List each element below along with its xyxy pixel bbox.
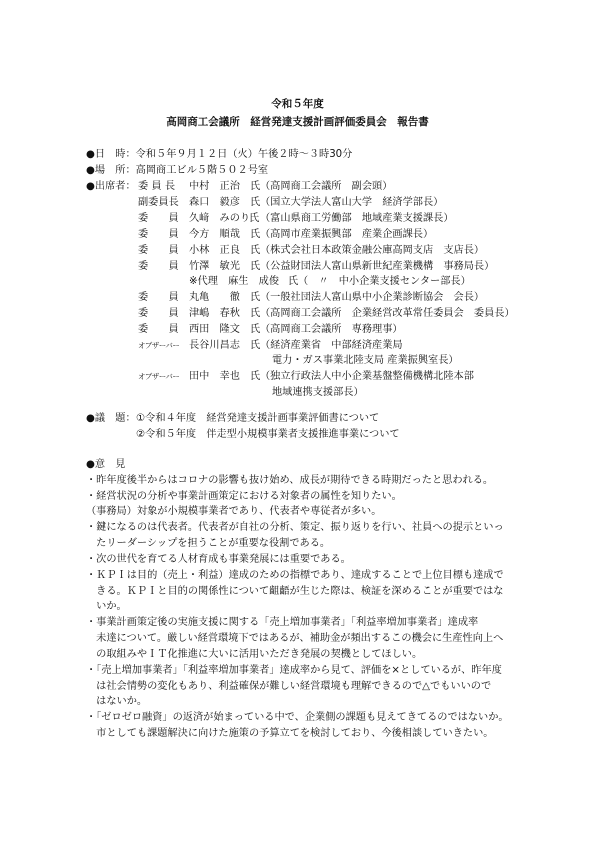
- opinion-line: ・昨年度後半からはコロナの影響も抜け始め、成長が期待できる時期だったと思われる。: [86, 474, 493, 488]
- attendee-affiliation: （高岡商工会議所 副会頭）: [260, 180, 392, 194]
- attendee-honorific: 氏: [249, 212, 259, 226]
- attendee-affiliation: （高岡商工会議所 企業経営改革常任委員会 委員長）: [260, 307, 515, 321]
- opinion-line: （事務局）対象が小規模事業者であり、代表者や専従者が多い。: [86, 505, 381, 519]
- opinion-line: ・鍵になるのは代表者。代表者が自社の分析、策定、振り返りを行い、社員への提示とい…: [86, 521, 504, 535]
- agenda-item: ①令和４年度 経営発達支援計画事業評価書について: [136, 412, 379, 426]
- attendee-affiliation: （一般社団法人富山県中小企業診断協会 会長）: [260, 291, 484, 305]
- attendee-honorific: 氏: [288, 275, 298, 289]
- opinion-line: きる。ＫＰＩと目的の関係性について齟齬が生じた際は、検証を深めることが重要ではな: [86, 585, 503, 599]
- attendee-name: 森口 毅彦: [189, 196, 240, 210]
- attendee-honorific: 氏: [250, 180, 260, 194]
- agenda-label: ●議 題：: [86, 412, 136, 426]
- attendee-affiliation: （富山県商工労働部 地域産業支援課長）: [260, 212, 454, 226]
- opinion-line: ・「ゼロゼロ融資」の返済が始まっている中で、企業側の課題も見えてきてるのではない…: [86, 711, 509, 725]
- attendee-name: 今方 順哉: [189, 228, 240, 242]
- report-title: 高岡商工会議所 経営発達支援計画評価委員会 報告書: [0, 114, 595, 129]
- agenda-item: ②令和５年度 伴走型小規模事業者支援推進事業について: [136, 428, 400, 442]
- place-value: 高岡商工ビル５階５０２号室: [136, 165, 268, 176]
- attendee-name: 竹澤 敏光: [189, 260, 240, 274]
- attendee-honorific: 氏: [250, 196, 260, 210]
- opinion-line: ・事業計画策定後の実施支援に関する「売上増加事業者」「利益率増加事業者」達成率: [86, 616, 478, 630]
- attendee-honorific: 氏: [250, 228, 260, 242]
- attendee-role: 委 員: [138, 228, 179, 242]
- attendee-affiliation: （高岡市産業振興部 産業企画課長）: [260, 228, 433, 242]
- attendee-name: 久﨑 みのり: [189, 212, 250, 226]
- opinion-line: ・ＫＰＩは目的（売上・利益）達成のための指標であり、達成することで上位目標も達成…: [86, 569, 504, 583]
- attendee-affiliation: （公益財団法人富山県新世紀産業機構 事務局長）: [260, 260, 494, 274]
- attendee-name: ※代理 麻生 成俊: [189, 275, 279, 289]
- opinion-line: の取組みやＩＴ化推進に大いに活用いただき発展の契機としてほしい。: [86, 648, 422, 662]
- attendee-role: 委 員: [138, 323, 179, 337]
- attendee-affiliation: （株式会社日本政策金融公庫高岡支店 支店長）: [260, 244, 484, 258]
- attendee-affiliation: （ 〃 中小企業支援センター部長）: [298, 275, 471, 289]
- attendee-role: 委 員: [138, 212, 179, 226]
- attendee-honorific: 氏: [250, 323, 260, 337]
- attendee-affiliation-continued: 電力・ガス事業北陸支局 産業振興室長）: [272, 354, 459, 368]
- attendee-honorific: 氏: [250, 339, 260, 353]
- attendee-name: 長谷川昌志: [189, 339, 240, 353]
- opinion-line: ・次の世代を育てる人材育成も事業発展には重要である。: [86, 553, 351, 567]
- attendee-honorific: 氏: [250, 291, 260, 305]
- opinion-line: は社会情勢の変化もあり、利益確保が難しい経営環境も理解できるので△でもいいので: [86, 680, 491, 694]
- opinion-line: たリーダーシップを担うことが重要な役割である。: [86, 537, 330, 551]
- attendee-affiliation: （高岡商工会議所 専務理事）: [260, 323, 403, 337]
- place-label: ●場 所：: [86, 165, 136, 176]
- attendee-affiliation: （独立行政法人中小企業基盤整備機構北陸本部: [260, 370, 474, 384]
- opinion-line: ・「売上増加事業者」「利益率増加事業者」達成率から見て、評価を×としているが、昨…: [86, 664, 502, 678]
- attendee-affiliation-continued: 地域連携支援部長）: [272, 386, 364, 400]
- attendee-role: 委 員: [138, 307, 179, 321]
- attendee-role: オブザーバー: [138, 370, 179, 384]
- attendee-role: 委 員: [138, 244, 179, 258]
- datetime-value: 令和５年９月１２日（火）午後２時～３時30分: [136, 149, 353, 160]
- attendee-role: オブザーバー: [138, 339, 179, 353]
- attendees-label: ●出席者：: [86, 180, 136, 194]
- report-year: 令和５年度: [0, 96, 595, 111]
- opinion-line: はないか。: [86, 695, 147, 709]
- attendee-name: 小林 正良: [189, 244, 240, 258]
- datetime-row: ●日 時：令和５年９月１２日（火）午後２時～３時30分: [86, 148, 352, 162]
- opinions-label: ●意 見: [86, 458, 125, 472]
- attendee-affiliation: （国立大学法人富山大学 経済学部長）: [260, 196, 443, 210]
- datetime-label: ●日 時：: [86, 149, 136, 160]
- attendee-name: 田中 幸也: [189, 370, 240, 384]
- report-page: 令和５年度 高岡商工会議所 経営発達支援計画評価委員会 報告書 ●日 時：令和５…: [0, 0, 595, 841]
- attendee-name: 丸亀 徹: [189, 291, 240, 305]
- attendee-role: 副委員長: [138, 196, 179, 210]
- attendee-honorific: 氏: [250, 244, 260, 258]
- place-row: ●場 所：高岡商工ビル５階５０２号室: [86, 164, 268, 178]
- attendee-name: 中村 正治: [189, 180, 240, 194]
- attendee-honorific: 氏: [250, 370, 260, 384]
- attendee-honorific: 氏: [250, 307, 260, 321]
- opinion-line: 市としても課題解決に向けた施策の予算立てを検討しており、今後相談していきたい。: [86, 727, 494, 741]
- opinion-line: いか。: [86, 600, 127, 614]
- attendee-honorific: 氏: [250, 260, 260, 274]
- opinion-line: ・経営状況の分析や事業計画策定における対象者の属性を知りたい。: [86, 490, 402, 504]
- attendee-name: 津嶋 春秋: [189, 307, 240, 321]
- opinion-line: 未達について。厳しい経営環境下ではあるが、補助金が頻出するこの機会に生産性向上へ: [86, 632, 503, 646]
- attendee-affiliation: （経済産業省 中部経済産業局: [260, 339, 403, 353]
- attendee-role: 委 員 長: [138, 180, 175, 194]
- attendee-role: 委 員: [138, 291, 179, 305]
- attendee-name: 西田 隆文: [189, 323, 240, 337]
- attendee-role: 委 員: [138, 260, 179, 274]
